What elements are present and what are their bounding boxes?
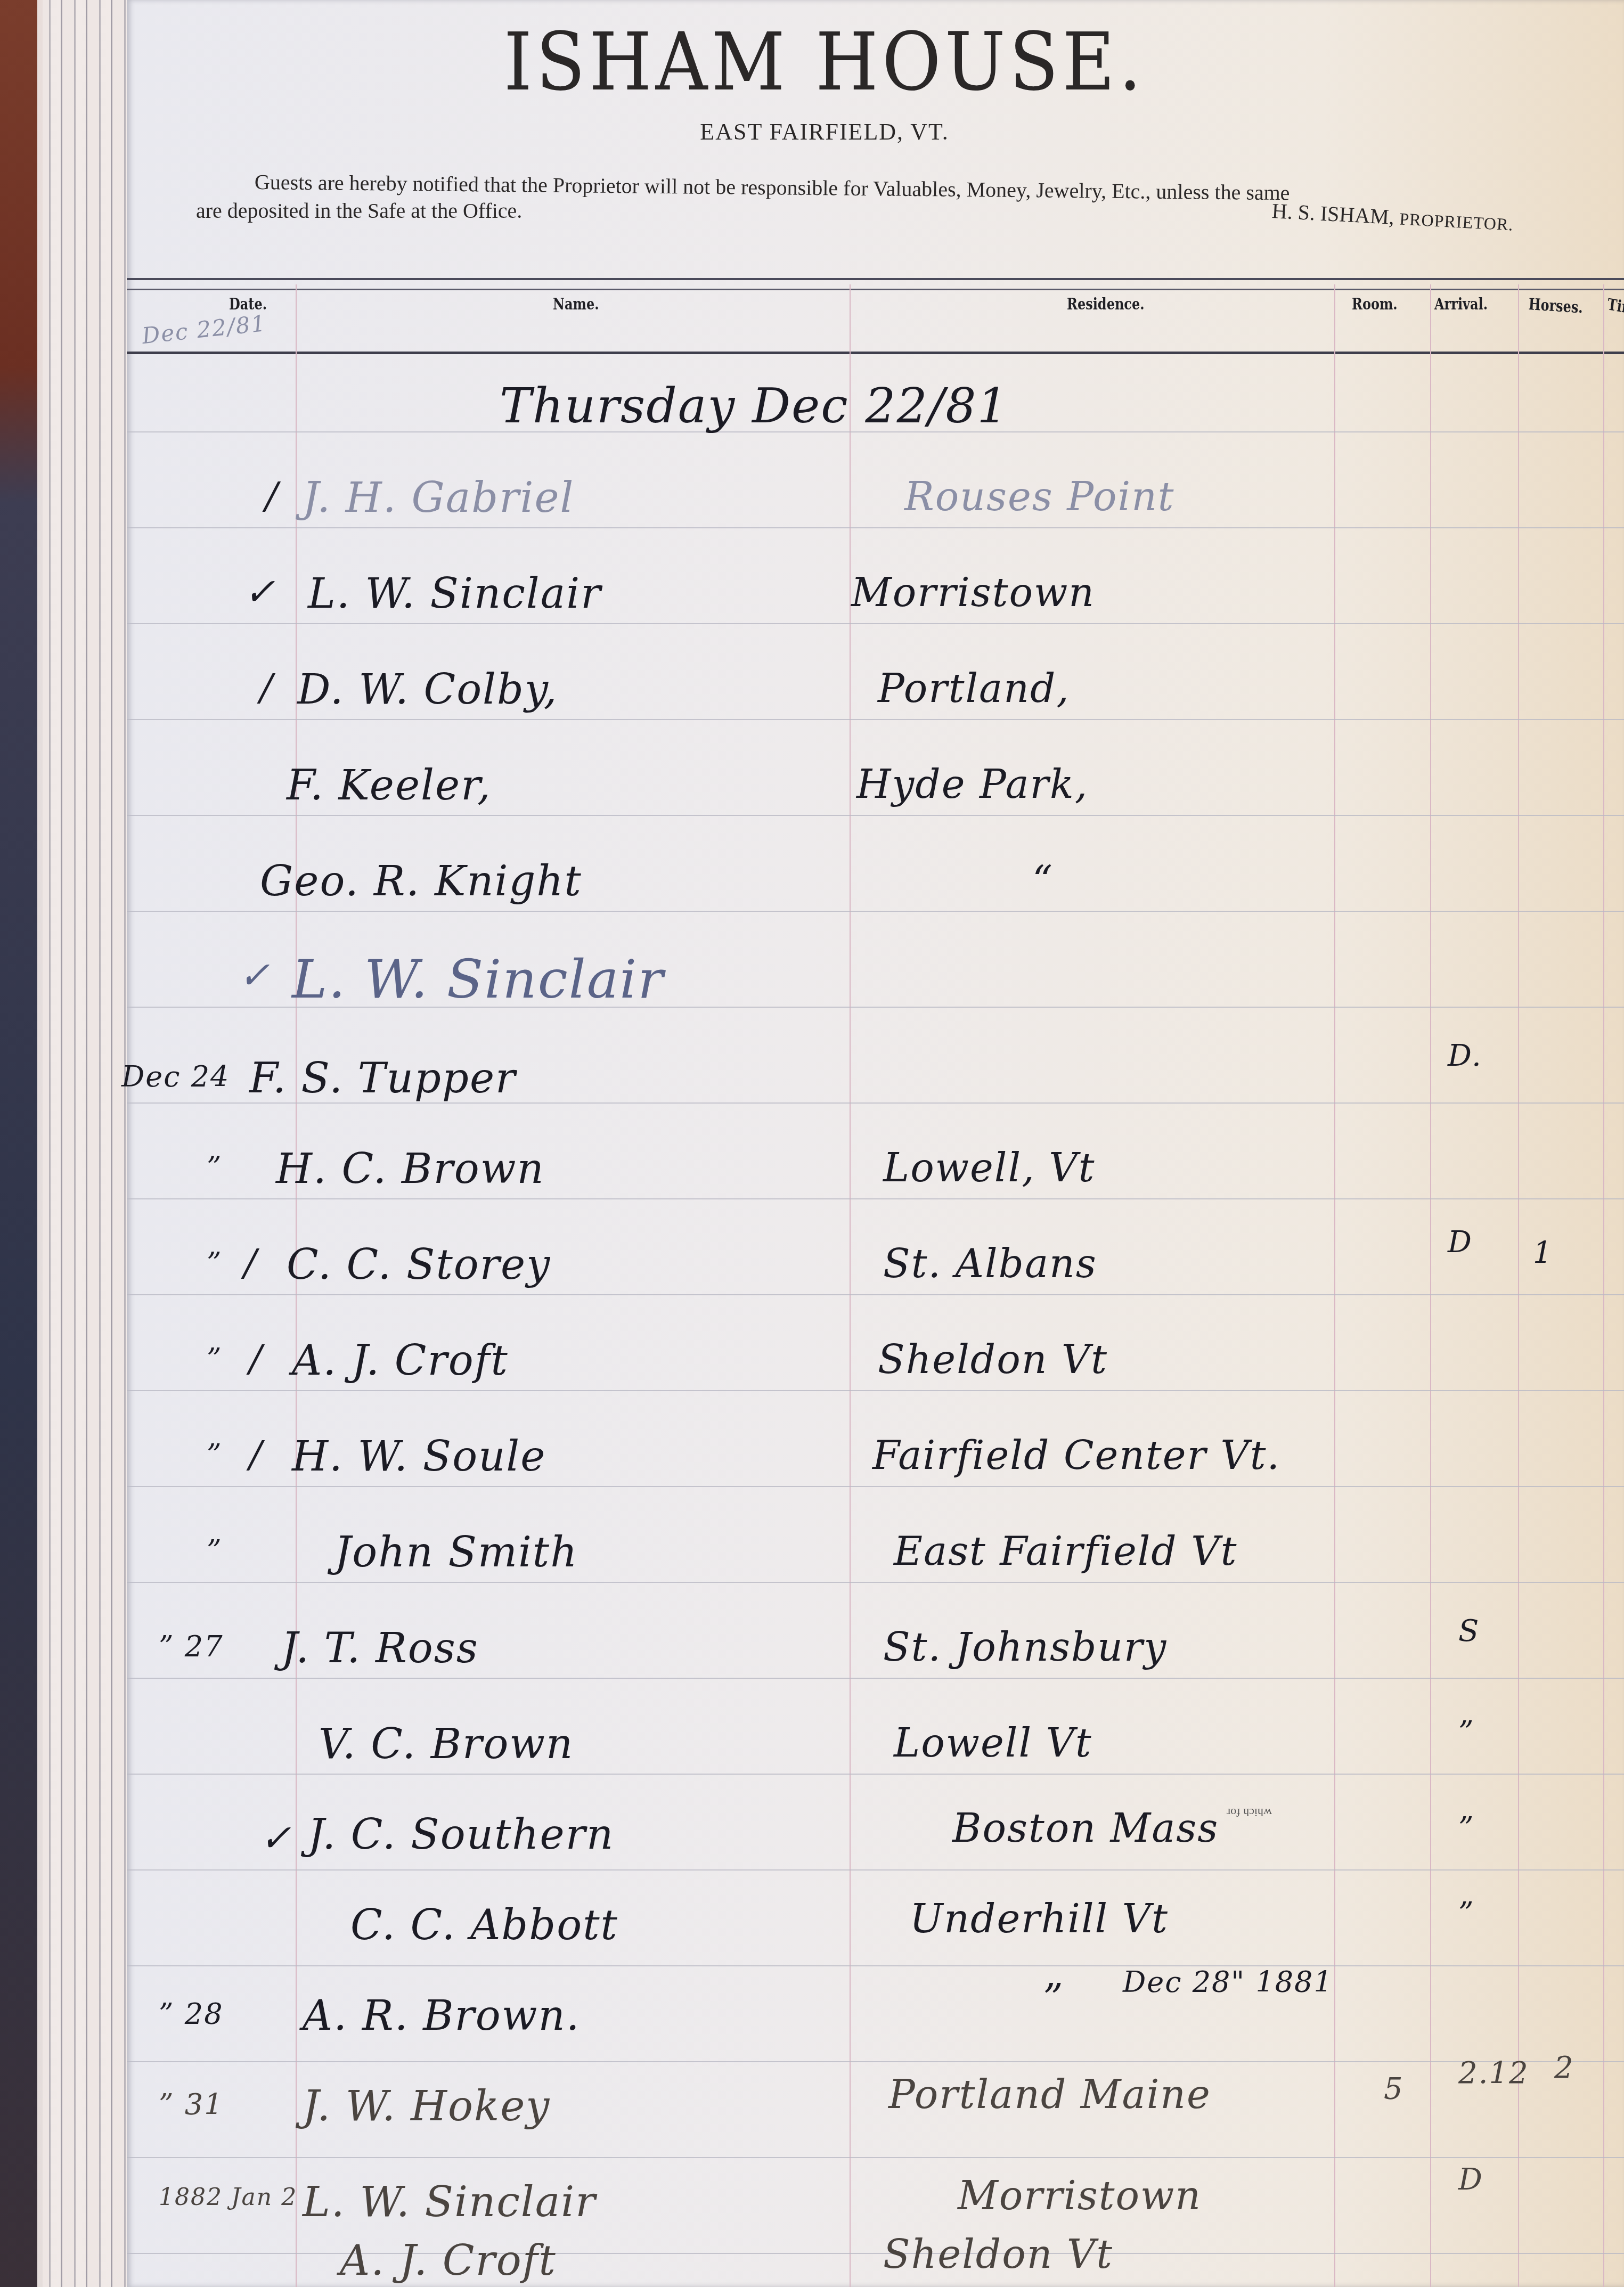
entry-residence: Rouses Point <box>904 474 1175 520</box>
liability-notice-line-2: are deposited in the Safe at the Office. <box>196 198 522 223</box>
entry-residence: Portland, <box>878 666 1070 712</box>
page-edges <box>37 0 128 2287</box>
entry-residence: ” <box>1043 1976 1064 2022</box>
entry-check-mark: / <box>249 1337 263 1381</box>
entry-residence: Morristown <box>851 570 1095 616</box>
column-rule-arrival <box>1518 284 1519 2287</box>
entry-residence: St. Johnsbury <box>883 1624 1167 1670</box>
entry-check-mark: ✓ <box>260 1816 292 1860</box>
entry-residence: Fairfield Center Vt. <box>872 1433 1280 1479</box>
entry-residence: Morristown <box>958 2173 1202 2219</box>
proprietor-signature: H. S. ISHAM, PROPRIETOR. <box>1271 198 1514 236</box>
entry-date: 1882 Jan 2 <box>159 2184 297 2211</box>
entry-arrival: 2.12 <box>1458 2056 1529 2090</box>
proprietor-name: H. S. ISHAM, <box>1271 199 1400 230</box>
entry-guest-name: J. W. Hokey <box>303 2082 550 2130</box>
header-top-rule <box>127 278 1624 290</box>
column-header-arrival: Arrival. <box>1434 295 1488 314</box>
entry-check-mark: / <box>244 1241 258 1285</box>
row-rule <box>127 623 1624 624</box>
register-ledger: Date. Name. Residence. Room. Arrival. Ho… <box>127 272 1624 2287</box>
bleed-through-stamp: which for <box>1227 1806 1272 1819</box>
entry-check-mark: / <box>265 474 279 518</box>
entry-guest-name: John Smith <box>334 1529 578 1577</box>
row-rule <box>127 719 1624 720</box>
column-header-residence: Residence. <box>1067 295 1145 314</box>
entry-arrival: D. <box>1448 1039 1482 1073</box>
entry-guest-name: C. C. Abbott <box>350 1901 618 1949</box>
entry-residence: St. Albans <box>883 1241 1097 1287</box>
entry-guest-name: J. T. Ross <box>281 1624 479 1672</box>
row-rule <box>127 527 1624 528</box>
entry-guest-name: L. W. Sinclair <box>303 2178 597 2226</box>
row-rule <box>127 815 1624 816</box>
row-rule <box>127 1486 1624 1487</box>
day-heading: Thursday Dec 22/81 <box>500 378 1009 434</box>
entry-residence: Underhill Vt <box>910 1896 1169 1942</box>
entry-date: ” <box>207 1342 223 1376</box>
header-bottom-rule <box>127 352 1624 357</box>
entry-check-mark: / <box>249 1433 263 1476</box>
column-header-time: Time <box>1606 295 1624 320</box>
entry-date: ” 28 <box>159 1997 223 2031</box>
entry-check-mark: ✓ <box>244 570 276 614</box>
entry-arrival: ” <box>1458 1896 1475 1931</box>
entry-guest-name: L. W. Sinclair <box>292 948 664 1010</box>
entry-residence: Sheldon Vt <box>878 1337 1108 1383</box>
entry-guest-name: H. W. Soule <box>292 1433 546 1481</box>
entry-room: 5 <box>1384 2072 1404 2106</box>
entry-check-mark: / <box>260 666 274 709</box>
entry-date: ” <box>207 1534 223 1567</box>
entry-guest-name: L. W. Sinclair <box>308 570 602 618</box>
proprietor-title: PROPRIETOR. <box>1399 209 1514 234</box>
entry-date: Dec 24 <box>121 1060 230 1093</box>
column-rule-room <box>1430 284 1431 2287</box>
entry-date: ” 31 <box>159 2088 223 2121</box>
entry-guest-name: H. C. Brown <box>276 1145 545 1193</box>
row-rule <box>127 1774 1624 1775</box>
hotel-title: ISHAM HOUSE. <box>197 16 1452 109</box>
entry-arrival: D <box>1448 1225 1473 1260</box>
entry-check-mark: ✓ <box>239 953 271 997</box>
column-rule-horses <box>1603 284 1604 2287</box>
row-rule <box>127 1869 1624 1871</box>
entry-guest-name: Geo. R. Knight <box>260 857 582 905</box>
entry-residence: Portland Maine <box>888 2072 1211 2118</box>
row-rule <box>127 1582 1624 1583</box>
entry-guest-name: C. C. Storey <box>287 1241 551 1289</box>
row-rule <box>127 1102 1624 1104</box>
entry-guest-name: F. S. Tupper <box>249 1055 516 1102</box>
entry-residence: Sheldon Vt <box>883 2232 1113 2277</box>
column-rule-name <box>850 284 851 2287</box>
row-rule <box>127 2061 1624 2062</box>
header-date-note: Dec 22/81 <box>141 310 267 349</box>
entry-residence: Hyde Park, <box>856 762 1088 807</box>
entry-guest-name: D. W. Colby, <box>297 666 558 714</box>
row-rule <box>127 911 1624 912</box>
column-header-room: Room. <box>1352 295 1398 314</box>
row-rule <box>127 1390 1624 1391</box>
entry-arrival: S <box>1458 1614 1480 1648</box>
entry-residence: Lowell Vt <box>894 1720 1092 1766</box>
residence-date-annotation: Dec 28" 1881 <box>1123 1965 1333 1999</box>
entry-guest-name: A. J. Croft <box>340 2237 557 2285</box>
entry-guest-name: A. R. Brown. <box>303 1992 581 2040</box>
entry-guest-name: J. H. Gabriel <box>303 474 575 522</box>
entry-residence: Lowell, Vt <box>883 1145 1095 1191</box>
entry-horses: 2 <box>1554 2051 1574 2085</box>
entry-residence: “ <box>1032 857 1054 903</box>
entry-residence: East Fairfield Vt <box>894 1529 1237 1574</box>
column-rule-residence <box>1334 284 1335 2287</box>
entry-guest-name: J. C. Southern <box>308 1811 614 1859</box>
row-rule <box>127 1678 1624 1679</box>
register-masthead: ISHAM HOUSE. EAST FAIRFIELD, VT. Guests … <box>127 0 1624 272</box>
entry-date: ” 27 <box>159 1630 223 1663</box>
entry-guest-name: V. C. Brown <box>319 1720 574 1768</box>
book-binding <box>0 0 43 2287</box>
row-rule <box>127 1198 1624 1199</box>
entry-arrival: ” <box>1458 1811 1475 1845</box>
entry-date: ” <box>207 1246 223 1280</box>
entry-date: ” <box>207 1438 223 1472</box>
entry-date: ” <box>207 1150 223 1184</box>
entry-arrival: ” <box>1458 1715 1475 1750</box>
row-rule <box>127 1294 1624 1295</box>
row-rule <box>127 2157 1624 2158</box>
entry-residence: Boston Mass <box>952 1806 1219 1851</box>
entry-arrival: D <box>1458 2162 1483 2197</box>
column-header-horses: Horses. <box>1528 295 1583 317</box>
hotel-location: EAST FAIRFIELD, VT. <box>127 118 1522 145</box>
entry-guest-name: A. J. Croft <box>292 1337 509 1385</box>
column-header-name: Name. <box>553 295 599 314</box>
row-rule <box>127 1965 1624 1966</box>
entry-guest-name: F. Keeler, <box>287 762 492 810</box>
entry-horses: 1 <box>1533 1236 1553 1270</box>
